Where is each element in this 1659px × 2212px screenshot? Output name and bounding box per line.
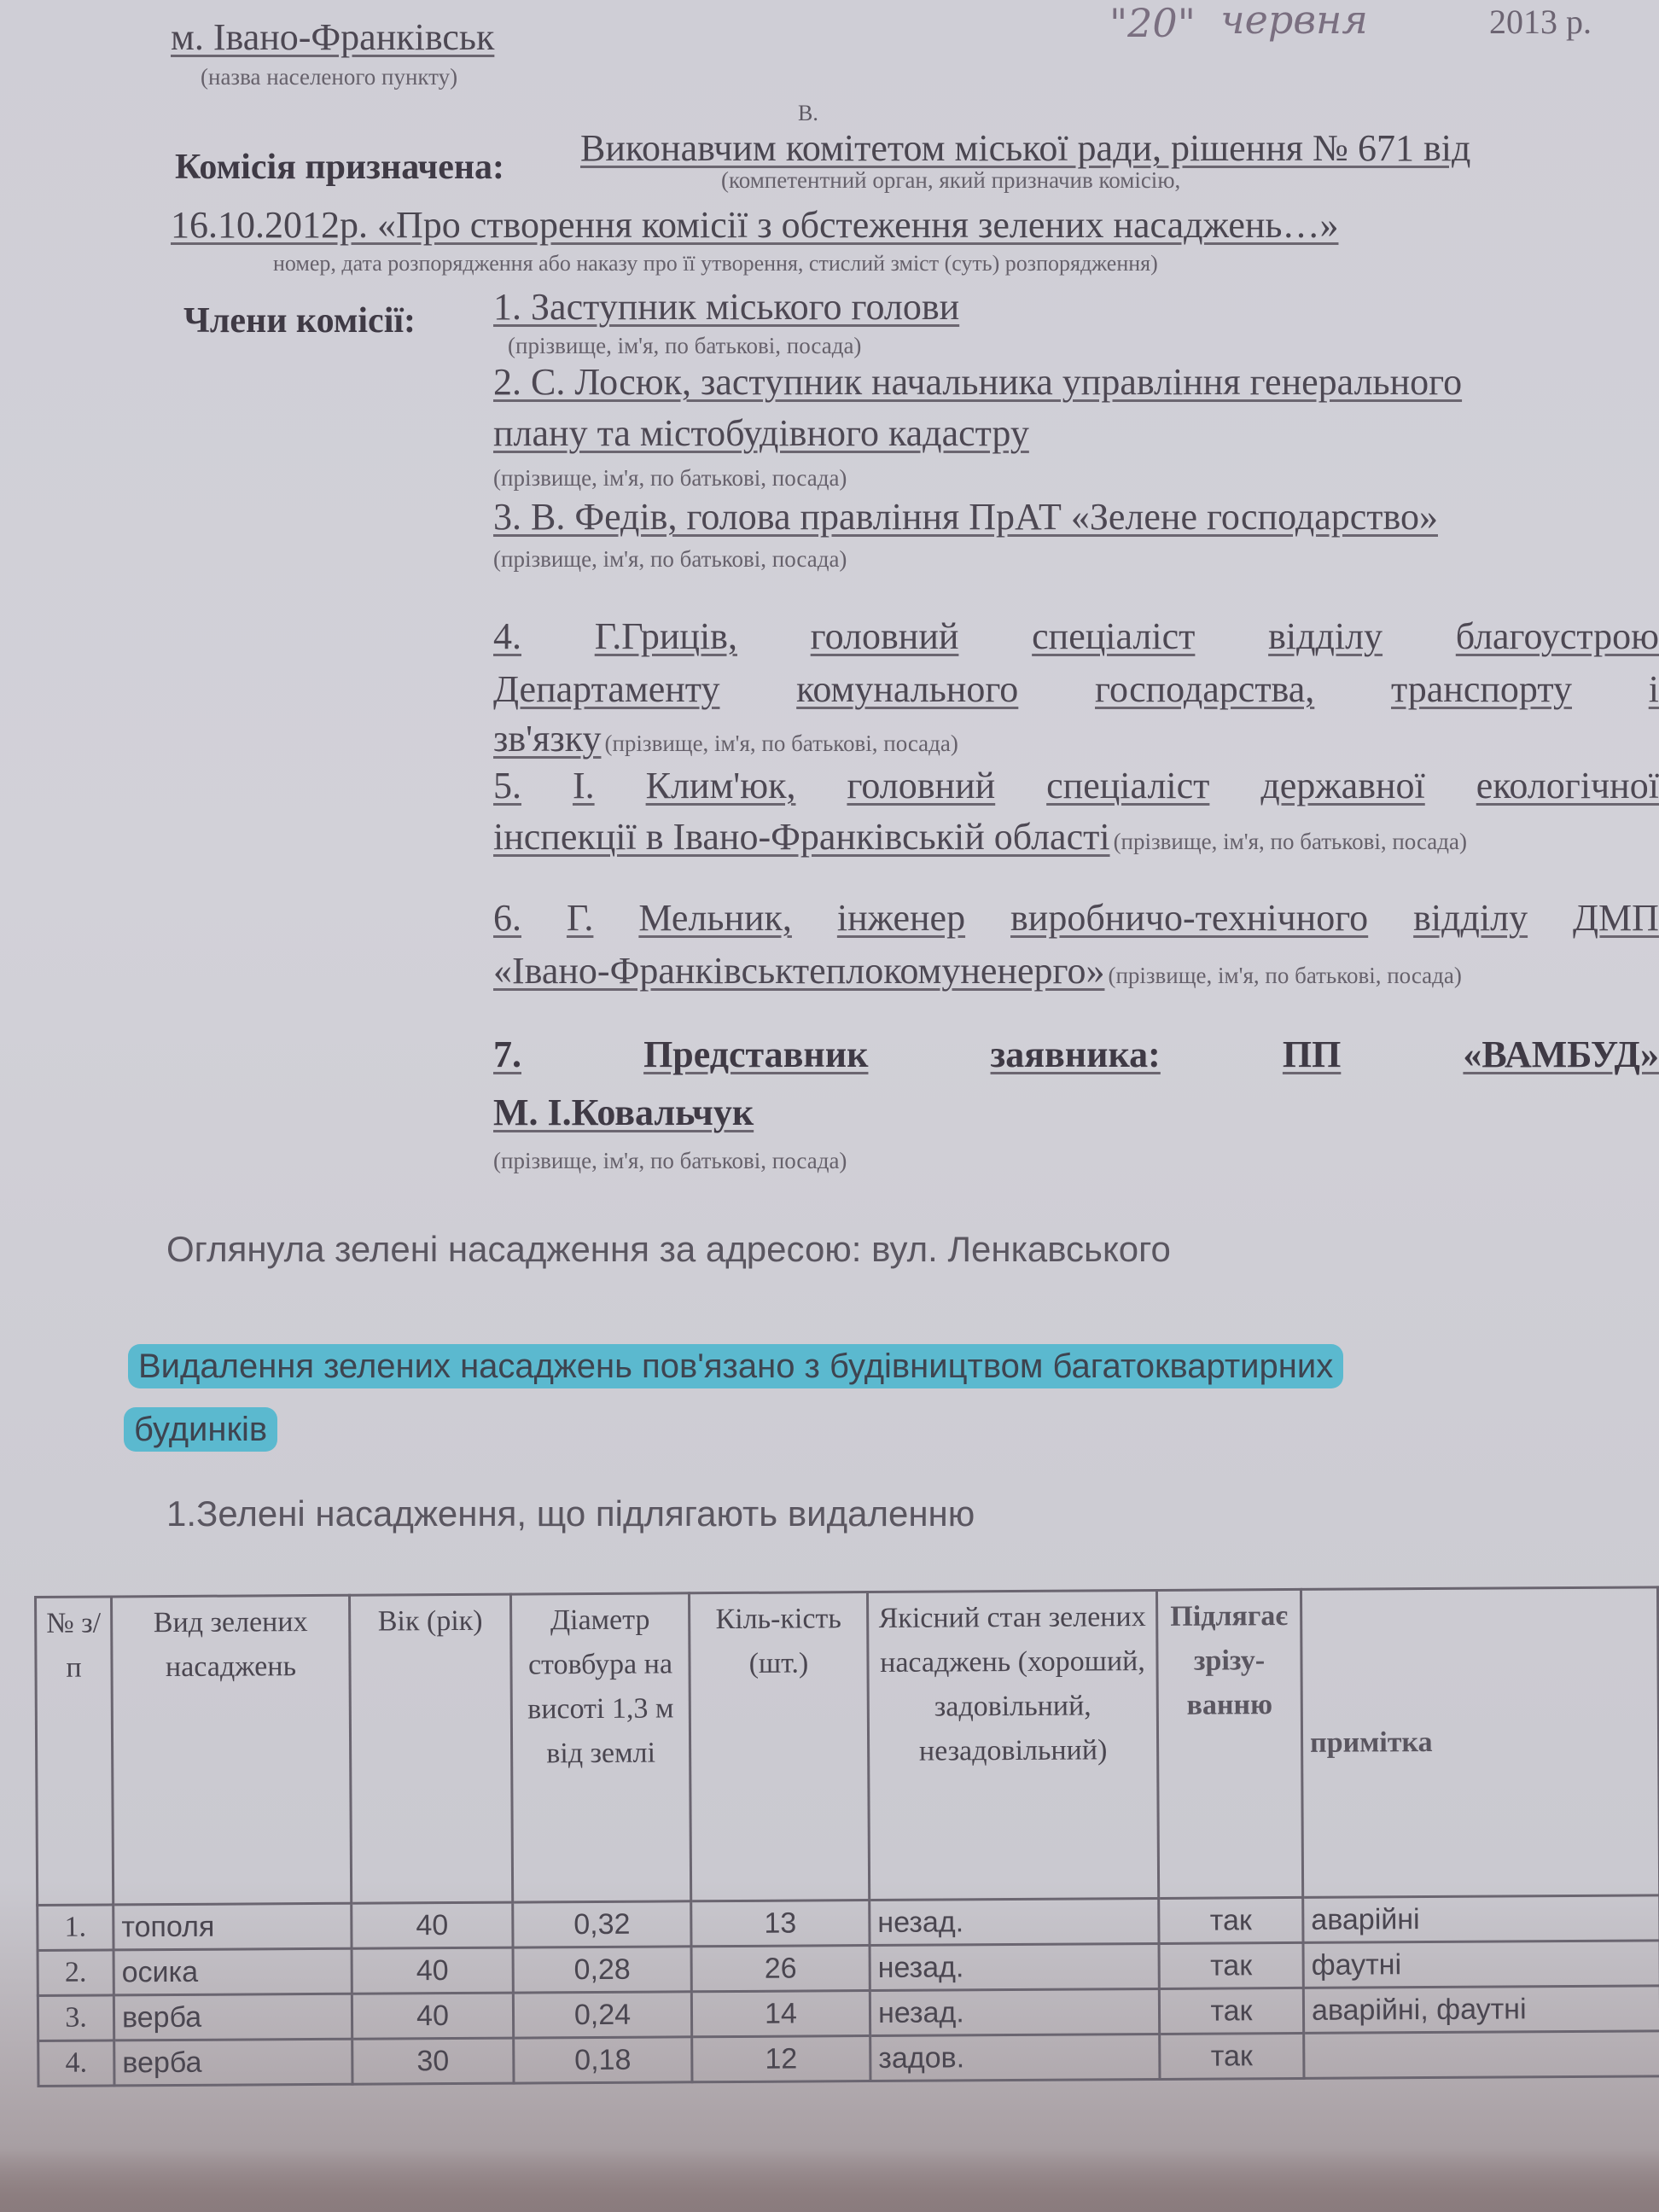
word: ДМП — [1573, 896, 1659, 940]
cell-age: 40 — [352, 1902, 513, 1948]
cell-age: 30 — [352, 2038, 514, 2084]
word: ПП — [1283, 1033, 1341, 1076]
date-day: "20" — [1109, 0, 1196, 46]
cell-age: 40 — [352, 1947, 513, 1994]
member-2-caption: (прізвище, ім'я, по батькові, посада) — [493, 465, 847, 492]
cell-to-cut: так — [1160, 2033, 1304, 2079]
page-edge-shadow — [0, 2151, 1659, 2212]
removal-reason-highlight-1: Видалення зелених насаджень пов'язано з … — [128, 1344, 1343, 1388]
cell-note: аварійні, фаутні — [1303, 1986, 1659, 2034]
word: господарства, — [1095, 667, 1314, 711]
cell-diameter: 0,32 — [513, 1901, 691, 1947]
mark-b: В. — [798, 101, 818, 126]
member-2-line-1: 2. С. Лосюк, заступник начальника управл… — [493, 360, 1462, 404]
member-5-line-2: інспекції в Івано-Франківській області (… — [493, 815, 1467, 859]
document-page: м. Івано-Франківськ (назва населеного пу… — [0, 0, 1659, 2212]
member-5-line-2-text: інспекції в Івано-Франківській області — [493, 816, 1110, 858]
cell-to-cut: так — [1159, 1942, 1303, 1988]
removal-reason-line-2: будинків — [124, 1400, 277, 1459]
word: відділу — [1413, 896, 1528, 940]
col-quantity: Кіль-кість (шт.) — [689, 1592, 869, 1901]
word: І. — [573, 764, 595, 807]
col-state: Якісний стан зелених насаджень (хороший,… — [867, 1590, 1158, 1900]
removal-reason-highlight-2: будинків — [124, 1407, 277, 1452]
col-number: № з/п — [36, 1597, 114, 1906]
member-5-caption: (прізвище, ім'я, по батькові, посада) — [1114, 829, 1467, 854]
word: відділу — [1268, 614, 1382, 658]
cell-diameter: 0,18 — [514, 2037, 692, 2083]
word: комунального — [796, 667, 1018, 711]
word: інженер — [837, 896, 965, 940]
cell-quantity: 26 — [691, 1946, 870, 1992]
member-1-caption: (прізвище, ім'я, по батькові, посада) — [508, 333, 861, 359]
word: благоустрою — [1456, 614, 1659, 658]
cell-to-cut: так — [1159, 1988, 1303, 2034]
member-3: 3. В. Федів, голова правління ПрАТ «Зеле… — [493, 495, 1438, 538]
member-6-caption: (прізвище, ім'я, по батькові, посада) — [1108, 963, 1461, 988]
cell-kind: тополя — [114, 1903, 352, 1950]
table-header-row: № з/п Вид зелених насаджень Вік (рік) Ді… — [36, 1587, 1659, 1906]
cell-kind: верба — [114, 1994, 352, 2040]
member-7-caption: (прізвище, ім'я, по батькові, посада) — [493, 1148, 847, 1174]
cell-state: незад. — [870, 1943, 1159, 1990]
word: 4. — [493, 614, 521, 658]
cell-quantity: 14 — [691, 1991, 870, 2037]
col-diameter: Діаметр стовбура на висоті 1,3 м від зем… — [510, 1593, 690, 1902]
member-1: 1. Заступник міського голови — [493, 285, 959, 329]
word: Г.Гриців, — [595, 614, 737, 658]
cell-number: 3. — [38, 1995, 114, 2041]
appointed-body: Виконавчим комітетом міської ради, рішен… — [580, 126, 1470, 170]
cell-number: 1. — [38, 1905, 114, 1951]
date-year: 2013 р. — [1489, 2, 1592, 42]
cell-quantity: 12 — [692, 2036, 870, 2082]
cell-state: незад. — [870, 1988, 1159, 2035]
word: транспорту — [1391, 667, 1572, 711]
col-note: примітка — [1301, 1587, 1659, 1898]
cell-kind: осика — [114, 1948, 352, 1995]
word: «ВАМБУД» — [1463, 1033, 1659, 1076]
cell-diameter: 0,28 — [513, 1947, 691, 1993]
member-5-line-1: 5.І.Клим'юк,головнийспеціалістдержавноїе… — [493, 764, 1659, 807]
member-3-caption: (прізвище, ім'я, по батькові, посада) — [493, 546, 847, 573]
member-4-line-3: зв'язку (прізвище, ім'я, по батькові, по… — [493, 717, 958, 760]
member-4-line-1: 4.Г.Гриців,головнийспеціаліствідділублаг… — [493, 614, 1659, 658]
word: Клим'юк, — [646, 764, 796, 807]
col-kind: Вид зелених насаджень — [112, 1595, 352, 1905]
cell-number: 4. — [38, 2040, 114, 2087]
cell-state: задов. — [870, 2034, 1160, 2081]
city-caption: (назва населеного пункту) — [201, 64, 457, 90]
cell-kind: верба — [114, 2039, 352, 2086]
word: спеціаліст — [1032, 614, 1195, 658]
word: Г. — [567, 896, 593, 940]
cell-state: незад. — [870, 1898, 1159, 1945]
word: і — [1649, 667, 1659, 711]
cell-note: фаутні — [1303, 1941, 1659, 1988]
order-caption: номер, дата розпорядження або наказу про… — [273, 251, 1158, 276]
cell-to-cut: так — [1159, 1897, 1303, 1943]
member-4-caption: (прізвище, ім'я, по батькові, посада) — [604, 731, 958, 756]
word: Представник — [643, 1033, 868, 1076]
cell-age: 40 — [352, 1993, 513, 2039]
member-4-line-2: Департаментукомунальногогосподарства,тра… — [493, 667, 1659, 711]
member-6-line-1: 6.Г.Мельник,інженервиробничо-технічногов… — [493, 896, 1659, 940]
word: заявника: — [991, 1033, 1161, 1076]
member-4-line-3-text: зв'язку — [493, 718, 601, 760]
col-to-cut: Підлягає зрізу-ванню — [1156, 1589, 1302, 1898]
word: державної — [1260, 764, 1424, 807]
cell-quantity: 13 — [691, 1901, 870, 1947]
appointed-caption: (компетентний орган, який призначив комі… — [721, 167, 1180, 194]
word: Мельник, — [638, 896, 792, 940]
word: 7. — [493, 1033, 521, 1076]
word: виробничо-технічного — [1010, 896, 1368, 940]
word: спеціаліст — [1046, 764, 1209, 807]
word: 5. — [493, 764, 521, 807]
removal-reason-line-1: Видалення зелених насаджень пов'язано з … — [128, 1336, 1343, 1396]
appointed-label: Комісія призначена: — [175, 147, 504, 188]
member-7-line-1: 7.Представникзаявника:ПП«ВАМБУД» — [493, 1033, 1659, 1076]
member-2-line-2: плану та містобудівного кадастру — [493, 411, 1029, 455]
cell-number: 2. — [38, 1950, 114, 1996]
table-body: 1.тополя400,3213незад.такаварійні2.осика… — [38, 1895, 1659, 2087]
word: екологічної — [1476, 764, 1659, 807]
word: Департаменту — [493, 667, 719, 711]
word: 6. — [493, 896, 521, 940]
member-7-line-2: М. І.Ковальчук — [493, 1091, 754, 1134]
order-line: 16.10.2012р. «Про створення комісії з об… — [171, 203, 1338, 247]
cell-note — [1304, 2031, 1659, 2079]
table-row: 4.верба300,1812задов.так — [38, 2031, 1659, 2087]
col-age: Вік (рік) — [350, 1594, 513, 1903]
date-month: червня — [1220, 0, 1368, 43]
inspection-address: Оглянула зелені насадження за адресою: в… — [166, 1229, 1171, 1270]
member-6-line-2: «Івано-Франківськтеплокомуненерго» (пріз… — [493, 949, 1462, 992]
cell-note: аварійні — [1303, 1895, 1659, 1943]
word: головний — [811, 614, 959, 658]
member-6-line-2-text: «Івано-Франківськтеплокомуненерго» — [493, 950, 1104, 992]
members-label: Члени комісії: — [183, 300, 416, 341]
section-title: 1.Зелені насадження, що підлягають видал… — [166, 1493, 975, 1534]
word: головний — [847, 764, 995, 807]
trees-table: № з/п Вид зелених насаджень Вік (рік) Ді… — [34, 1586, 1659, 2087]
cell-diameter: 0,24 — [513, 1992, 691, 2038]
city-name: м. Івано-Франківськ — [171, 15, 494, 59]
